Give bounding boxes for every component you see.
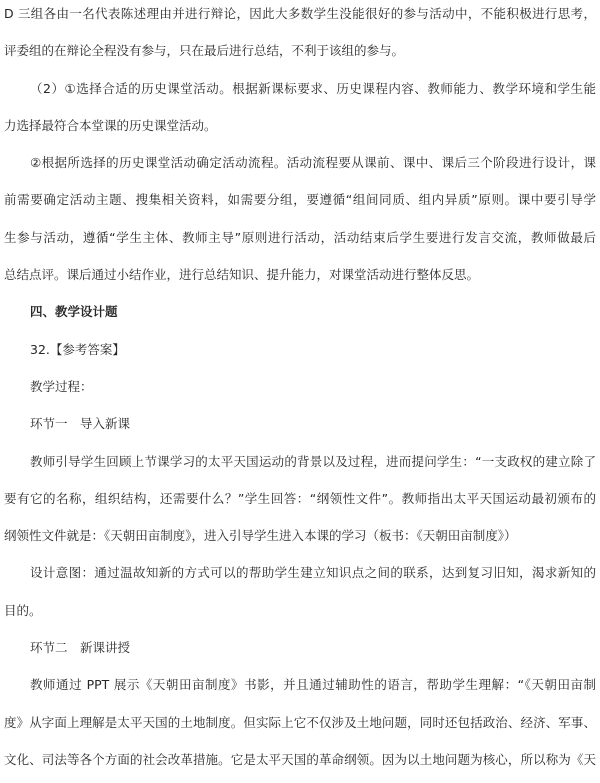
document-page: D 三组各由一名代表陈述理由并进行辩论，因此大多数学生没能很好的参与活动中，不能… xyxy=(0,0,600,778)
document-line: 生参与活动，遵循“学生主体、教师主导”原则进行活动，活动结束后学生要进行发言交流… xyxy=(4,219,596,256)
document-line: 教师通过 PPT 展示《天朝田亩制度》书影，并且通过辅助性的语言，帮助学生理解：… xyxy=(4,666,596,703)
document-line: 总结点评。课后通过小结作业，进行总结知识、提升能力，对课堂活动进行整体反思。 xyxy=(4,256,596,293)
document-line: 教学过程： xyxy=(4,368,596,405)
document-line: 纲领性文件就是：《天朝田亩制度》，进入引导学生进入本课的学习（板书：《天朝田亩制… xyxy=(4,517,596,554)
document-line: 教师引导学生回顾上节课学习的太平天国运动的背景以及过程，进而提问学生：“一支政权… xyxy=(4,443,596,480)
document-line: ②根据所选择的历史课堂活动确定活动流程。活动流程要从课前、课中、课后三个阶段进行… xyxy=(4,144,596,181)
document-line: D 三组各由一名代表陈述理由并进行辩论，因此大多数学生没能很好的参与活动中，不能… xyxy=(4,0,596,32)
document-line: 力选择最符合本堂课的历史课堂活动。 xyxy=(4,107,596,144)
document-line: 前需要确定活动主题、搜集相关资料，如需要分组，要遵循“组间同质、组内异质”原则。… xyxy=(4,181,596,218)
document-line: 目的。 xyxy=(4,592,596,629)
document-line: 要有它的名称，组织结构，还需要什么？”学生回答：“纲领性文件”。教师指出太平天国… xyxy=(4,480,596,517)
document-line: 环节二 新课讲授 xyxy=(4,629,596,666)
document-line: （2）①选择合适的历史课堂活动。根据新课标要求、历史课程内容、教师能力、教学环境… xyxy=(4,70,596,107)
document-line: 评委组的在辩论全程没有参与，只在最后进行总结，不利于该组的参与。 xyxy=(4,32,596,69)
document-line: 32.【参考答案】 xyxy=(4,331,596,368)
document-line: 设计意图：通过温故知新的方式可以的帮助学生建立知识点之间的联系，达到复习旧知，渴… xyxy=(4,554,596,591)
document-line: 文化、司法等各个方面的社会改革措施。它是太平天国的革命纲领。因为以土地问题为核心… xyxy=(4,741,596,778)
document-line: 环节一 导入新课 xyxy=(4,405,596,442)
document-line: 度》从字面上理解是太平天国的土地制度。但实际上它不仅涉及土地问题，同时还包括政治… xyxy=(4,704,596,741)
document-body: D 三组各由一名代表陈述理由并进行辩论，因此大多数学生没能很好的参与活动中，不能… xyxy=(0,0,600,778)
document-line: 四、教学设计题 xyxy=(4,293,596,330)
